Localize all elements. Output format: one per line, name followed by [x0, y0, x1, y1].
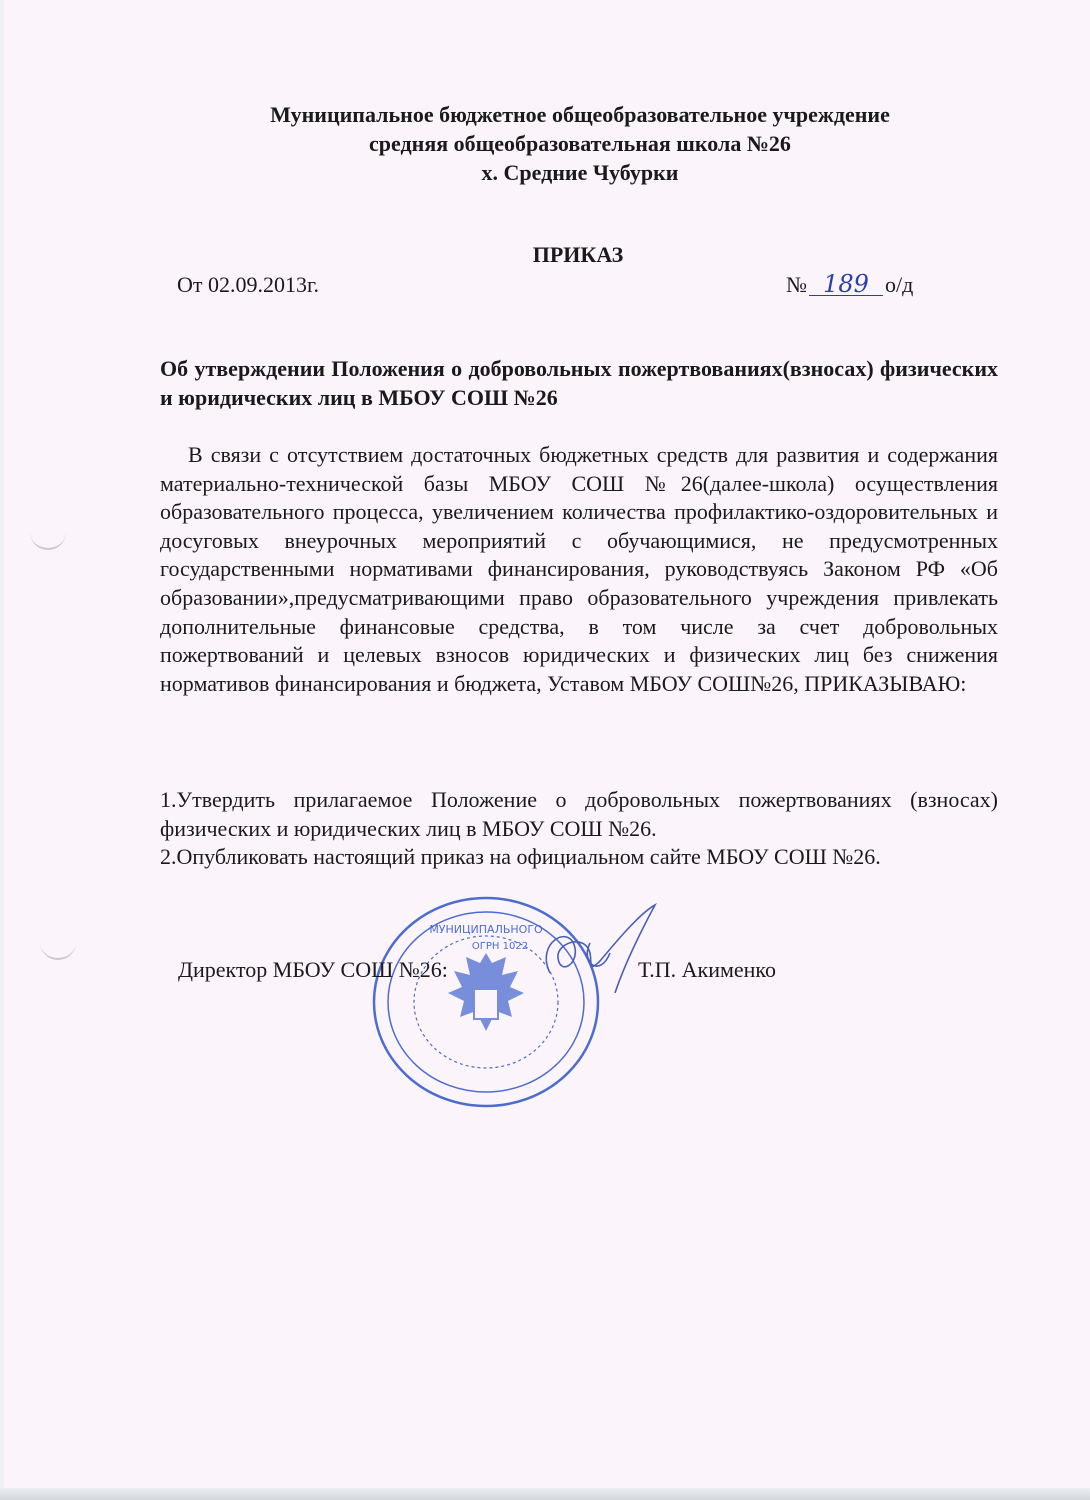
document-date: От 02.09.2013г.: [177, 272, 319, 298]
scanned-document-page: Муниципальное бюджетное общеобразователь…: [0, 0, 1090, 1500]
document-body: В связи с отсутствием достаточных бюджет…: [160, 441, 998, 698]
document-subject: Об утверждении Положения о добровольных …: [160, 354, 998, 412]
number-prefix: №: [786, 272, 807, 297]
svg-text:ОГРН 1022: ОГРН 1022: [472, 941, 528, 952]
handwritten-number: 189: [809, 273, 883, 296]
signatory-position: Директор МБОУ СОШ №26:: [178, 957, 448, 983]
order-item: 1.Утвердить прилагаемое Положение о добр…: [160, 786, 998, 843]
punch-hole-mark: [30, 530, 66, 550]
order-items: 1.Утвердить прилагаемое Положение о добр…: [160, 786, 998, 872]
handwritten-signature: [530, 903, 665, 998]
document-number: №189о/д: [786, 272, 913, 298]
scan-edge: [0, 0, 4, 1500]
svg-text:МУНИЦИПАЛЬНОГО: МУНИЦИПАЛЬНОГО: [429, 923, 543, 936]
number-suffix: о/д: [885, 272, 913, 297]
organization-header: Муниципальное бюджетное общеобразователь…: [160, 100, 1000, 187]
document-title: ПРИКАЗ: [0, 242, 1090, 268]
header-line-2: средняя общеобразовательная школа №26: [160, 129, 1000, 158]
punch-hole-mark: [40, 940, 76, 960]
signatory-name: Т.П. Акименко: [638, 957, 776, 983]
order-item: 2.Опубликовать настоящий приказ на офици…: [160, 843, 998, 872]
header-line-3: х. Средние Чубурки: [160, 158, 1000, 187]
scan-bottom-edge: [0, 1488, 1090, 1500]
header-line-1: Муниципальное бюджетное общеобразователь…: [160, 100, 1000, 129]
